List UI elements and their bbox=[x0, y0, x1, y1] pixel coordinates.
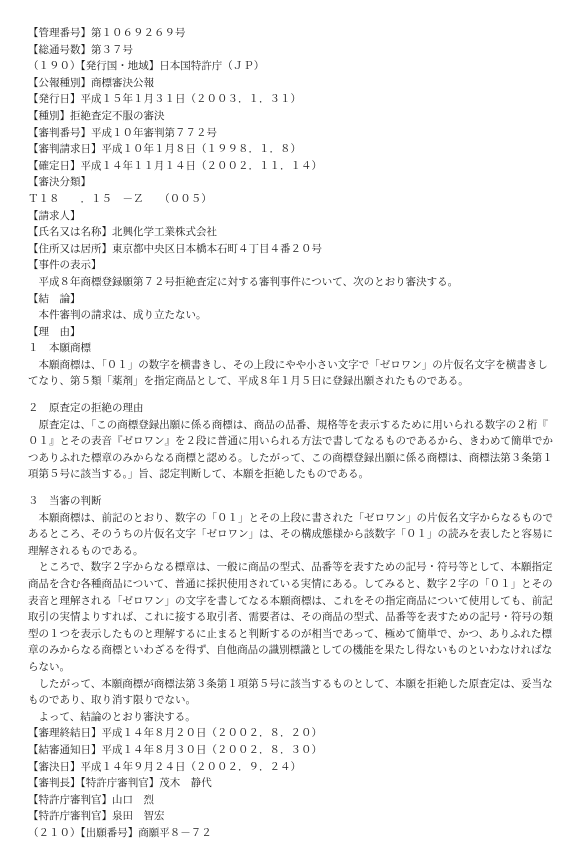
section-2-text-line: 項第５号に該当する。」旨、認定判断して、本願を拒絶したものである。 bbox=[28, 466, 559, 483]
section-3-text-line: 取引の実情よりすれば、これに接する取引者、需要者は、その商品の型式、品番等を表す… bbox=[28, 609, 559, 626]
field-case-indication-label: 【事件の表示】 bbox=[28, 257, 559, 274]
section-3-text-line: 商品を含む各種商品について、普通に採択使用されている実情にある。してみると、数字… bbox=[28, 576, 559, 593]
section-3-text-line: 型の１つを表示したものと理解するに止まると判断するのが相当であって、極めて簡単で… bbox=[28, 626, 559, 643]
section-3-text-line: ところで、数字２字からなる標章は、一般に商品の型式、品番等を表すための記号・符号… bbox=[28, 559, 559, 576]
heading-reasons: 【理 由】 bbox=[28, 324, 559, 341]
blank-line bbox=[28, 390, 559, 400]
section-2-text-line: 原査定は、「この商標登録出願に係る商標は、商品の品番、規格等を表示するために用い… bbox=[28, 417, 559, 434]
field-proceedings-concluded-date: 【審理終結日】平成１４年８月２０日（２００２．８．２０） bbox=[28, 725, 559, 742]
field-examiner-1: 【特許庁審判官】山口 烈 bbox=[28, 792, 559, 809]
field-decision-date: 【審決日】平成１４年９月２４日（２００２．９．２４） bbox=[28, 759, 559, 776]
decision-classification-code: Ｔ１８ ．１５ －Ｚ （００５） bbox=[28, 191, 559, 208]
field-examiner-2: 【特許庁審判官】泉田 智宏 bbox=[28, 808, 559, 825]
trademark-decision-gazette-page: 【管理番号】第１０６９２６９号 【総通号数】第３７号 （１９０）【発行国・地域】… bbox=[0, 0, 585, 852]
field-appellant-address: 【住所又は居所】東京都中央区日本橋本石町４丁目４番２０号 bbox=[28, 241, 559, 258]
field-management-number: 【管理番号】第１０６９２６９号 bbox=[28, 25, 559, 42]
section-3-text-line: 理解されるものである。 bbox=[28, 543, 559, 560]
heading-conclusion: 【結 論】 bbox=[28, 291, 559, 308]
section-3-heading: ３ 当審の判断 bbox=[28, 493, 559, 510]
conclusion-text: 本件審判の請求は、成り立たない。 bbox=[28, 307, 559, 324]
field-chief-examiner: 【審判長】【特許庁審判官】茂木 静代 bbox=[28, 775, 559, 792]
section-3-text-line: 本願商標は、前記のとおり、数字の「０１」とその上段に書された「ゼロワン」の片仮名… bbox=[28, 510, 559, 527]
section-3-text-line: よって、結論のとおり審決する。 bbox=[28, 709, 559, 726]
section-3-text-line: ものであり、取り消す限りでない。 bbox=[28, 692, 559, 709]
section-1-heading: １ 本願商標 bbox=[28, 340, 559, 357]
field-conclusion-notice-date: 【結審通知日】平成１４年８月３０日（２００２．８．３０） bbox=[28, 742, 559, 759]
field-appeal-number: 【審判番号】平成１０年審判第７７２号 bbox=[28, 125, 559, 142]
section-3-text-line: 表音と理解される「ゼロワン」の文字を書してなる本願商標は、これをその指定商品につ… bbox=[28, 593, 559, 610]
section-2-text-line: ０１』とその表音『ゼロワン』を２段に普通に用いられる方法で書してなるものであるか… bbox=[28, 433, 559, 450]
field-appellant-label: 【請求人】 bbox=[28, 208, 559, 225]
field-decision-classification: 【審決分類】 bbox=[28, 174, 559, 191]
section-1-text-line: 本願商標は、「０１」の数字を横書きし、その上段にやや小さい文字で「ゼロワン」の片… bbox=[28, 357, 559, 374]
field-issue-date: 【発行日】平成１５年１月３１日（２００３．１．３１） bbox=[28, 91, 559, 108]
blank-line bbox=[28, 483, 559, 493]
case-indication-text: 平成８年商標登録願第７２号拒絶査定に対する審判事件について、次のとおり審決する。 bbox=[28, 274, 559, 291]
section-3-text-line: 章のみからなる商標といわざるを得ず、自他商品の識別標識としての機能を果たし得ない… bbox=[28, 642, 559, 659]
section-3-text-line: らない。 bbox=[28, 659, 559, 676]
field-appellant-name: 【氏名又は名称】北興化学工業株式会社 bbox=[28, 224, 559, 241]
field-issuing-country: （１９０）【発行国・地域】日本国特許庁（ＪＰ） bbox=[28, 58, 559, 75]
field-gazette-type: 【公報種別】商標審決公報 bbox=[28, 75, 559, 92]
section-3-text-line: あるところ、そのうちの片仮名文字「ゼロワン」は、その構成態様から該数字「０１」の… bbox=[28, 526, 559, 543]
field-decision-kind: 【種別】拒絶査定不服の審決 bbox=[28, 108, 559, 125]
section-2-heading: ２ 原査定の拒絶の理由 bbox=[28, 400, 559, 417]
field-total-issue-number: 【総通号数】第３７号 bbox=[28, 42, 559, 59]
section-3-text-line: したがって、本願商標が商標法第３条第１項第５号に該当するものとして、本願を拒絶し… bbox=[28, 676, 559, 693]
section-1-text-line: てなり、第５類「薬剤」を指定商品として、平成８年１月５日に登録出願されたものであ… bbox=[28, 373, 559, 390]
field-appeal-request-date: 【審判請求日】平成１０年１月８日（１９９８．１．８） bbox=[28, 141, 559, 158]
field-final-date: 【確定日】平成１４年１１月１４日（２００２．１１．１４） bbox=[28, 158, 559, 175]
field-application-number: （２１０）【出願番号】商願平８－７２ bbox=[28, 825, 559, 842]
section-2-text-line: つありふれた標章のみからなる商標と認める。したがって、この商標登録出願に係る商標… bbox=[28, 450, 559, 467]
